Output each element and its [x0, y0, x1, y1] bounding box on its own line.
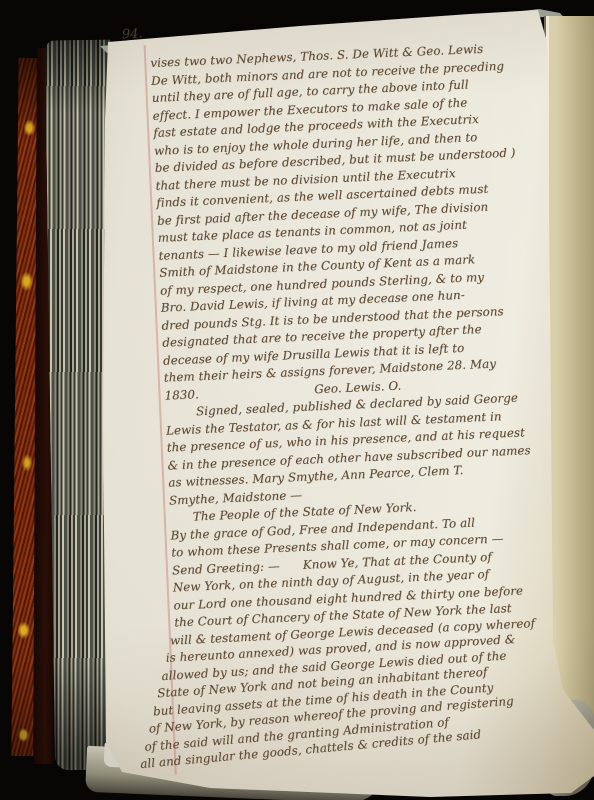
manuscript-text-block: vises two two Nephews, Thos. S. De Witt …: [150, 38, 582, 772]
page-number: 94.: [122, 26, 143, 43]
manuscript-lines: vises two two Nephews, Thos. S. De Witt …: [150, 38, 582, 772]
book-photo: 94. vises two two Nephews, Thos. S. De W…: [0, 0, 594, 800]
